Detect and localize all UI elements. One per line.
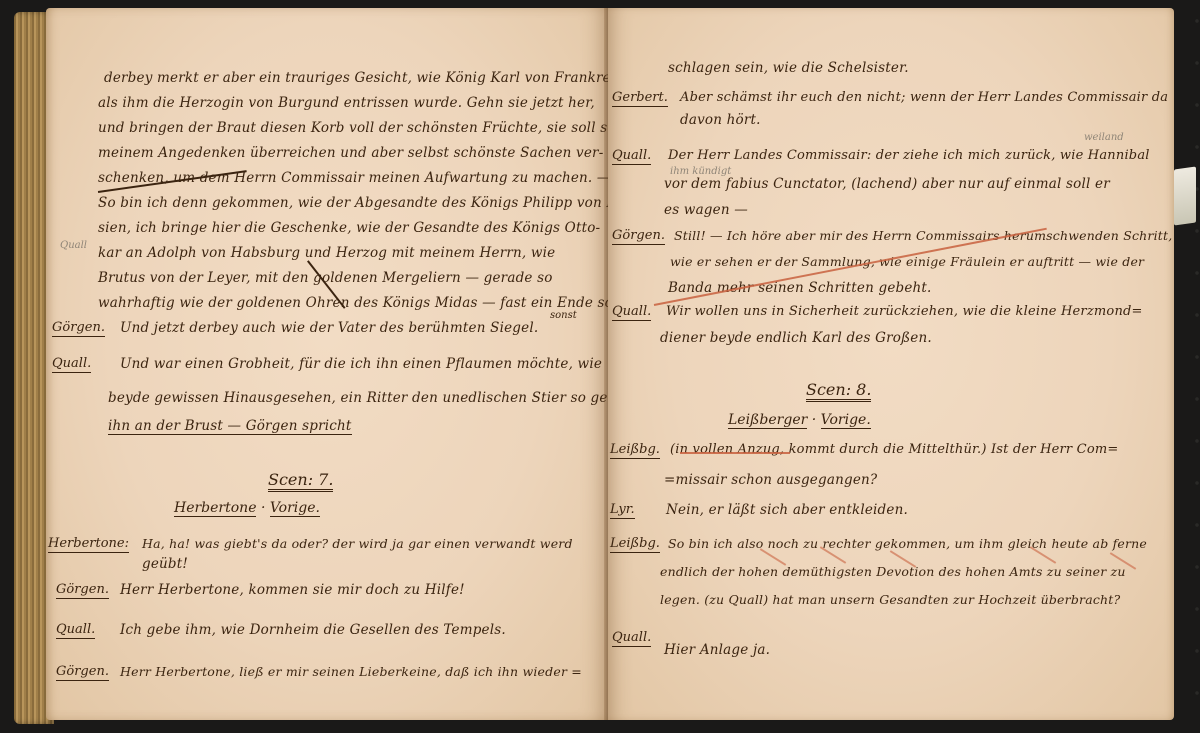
cast-member: Leißberger — [728, 412, 807, 429]
dialogue-line: Wir wollen uns in Sicherheit zurückziehe… — [666, 304, 1143, 319]
speaker-label: Quall. — [612, 148, 651, 165]
left-page: derbey merkt er aber ein trauriges Gesic… — [46, 8, 608, 720]
manuscript-line: ihn an der Brust — Görgen spricht — [108, 418, 352, 435]
dialogue-line: (in vollen Anzug, kommt durch die Mittel… — [670, 442, 1118, 457]
dialogue-line: geübt! — [142, 556, 188, 572]
pencil-margin-note: Quall — [60, 240, 87, 251]
cast-member: Herbertone — [174, 500, 256, 517]
speaker-label: Quall. — [52, 356, 91, 373]
dialogue-line: Aber schämst ihr euch den nicht; wenn de… — [680, 90, 1168, 105]
speaker-label: Quall. — [612, 304, 651, 321]
dialogue-line: Still! — Ich höre aber mir des Herrn Com… — [674, 228, 1172, 243]
speaker-label: Quall. — [612, 630, 651, 647]
speaker-label: Gerbert. — [612, 90, 668, 107]
dialogue-line: es wagen — — [664, 202, 748, 218]
manuscript-line: derbey merkt er aber ein trauriges Gesic… — [104, 70, 632, 86]
dialogue-line: Herr Herbertone, kommen sie mir doch zu … — [120, 582, 465, 598]
speaker-label: Görgen. — [56, 664, 109, 681]
red-strikethrough — [680, 452, 790, 454]
speaker-label: Görgen. — [52, 320, 105, 337]
speaker-label: Leißbg. — [610, 536, 660, 553]
dialogue-line: So bin ich also noch zu rechter gekommen… — [668, 536, 1147, 551]
manuscript-line: Und jetzt derbey auch wie der Vater des … — [120, 320, 538, 336]
manuscript-line: wahrhaftig wie der goldenen Ohren des Kö… — [98, 295, 613, 311]
speaker-label: Görgen. — [612, 228, 665, 245]
dialogue-line: endlich der hohen demüthigsten Devotion … — [660, 564, 1126, 579]
dialogue-line: vor dem fabius Cunctator, (lachend) aber… — [664, 176, 1110, 192]
scene-8-heading: Scen: 8. — [806, 380, 871, 402]
speaker-label: Herbertone: — [48, 536, 129, 553]
dialogue-line: legen. (zu Quall) hat man unsern Gesandt… — [660, 592, 1120, 607]
dialogue-line: Der Herr Landes Commissair: der ziehe ic… — [668, 148, 1150, 163]
dialogue-line: Hier Anlage ja. — [664, 642, 770, 658]
speaker-label: Lyr. — [610, 502, 635, 519]
manuscript-line: schlagen sein, wie die Schelsister. — [668, 60, 909, 76]
dialogue-line: Herr Herbertone, ließ er mir seinen Lieb… — [120, 664, 582, 679]
dialogue-line: diener beyde endlich Karl des Großen. — [660, 330, 932, 346]
scene-7-cast: Herbertone · Vorige. — [174, 500, 320, 516]
speaker-label: Quall. — [56, 622, 95, 639]
speaker-label: Görgen. — [56, 582, 109, 599]
dialogue-line: Ha, ha! was giebt's da oder? der wird ja… — [142, 536, 573, 551]
dialogue-line: Nein, er läßt sich aber entkleiden. — [666, 502, 908, 518]
speaker-label: Leißbg. — [610, 442, 660, 459]
manuscript-line: beyde gewissen Hinausgesehen, ein Ritter… — [108, 390, 640, 406]
manuscript-line: kar an Adolph von Habsburg und Herzog mi… — [98, 245, 555, 261]
manuscript-line: Und war einen Grobheit, für die ich ihn … — [120, 356, 602, 372]
paper-tab-insert — [1174, 166, 1196, 225]
cast-member: Vorige. — [270, 500, 320, 517]
cast-member: Vorige. — [821, 412, 871, 429]
dialogue-line: =missair schon ausgegangen? — [664, 472, 877, 488]
manuscript-line: So bin ich denn gekommen, wie der Abgesa… — [98, 195, 635, 211]
manuscript-line: meinem Angedenken überreichen und aber s… — [98, 145, 603, 161]
manuscript-line: und bringen der Braut diesen Korb voll d… — [98, 120, 641, 136]
manuscript-line: sien, ich bringe hier die Geschenke, wie… — [98, 220, 600, 236]
manuscript-line: schenken, um dem Herrn Commissair meinen… — [98, 170, 611, 186]
open-manuscript-book: derbey merkt er aber ein trauriges Gesic… — [14, 8, 1186, 726]
right-page: schlagen sein, wie die Schelsister. Gerb… — [608, 8, 1174, 720]
dialogue-line: Ich gebe ihm, wie Dornheim die Gesellen … — [120, 622, 506, 638]
manuscript-line: als ihm die Herzogin von Burgund entriss… — [98, 95, 595, 111]
interlinear-note: weiland — [1084, 132, 1124, 143]
dialogue-line: davon hört. — [680, 112, 761, 128]
scene-7-heading: Scen: 7. — [268, 470, 333, 492]
interlinear-note: sonst — [550, 310, 577, 321]
scene-8-cast: Leißberger · Vorige. — [728, 412, 871, 428]
